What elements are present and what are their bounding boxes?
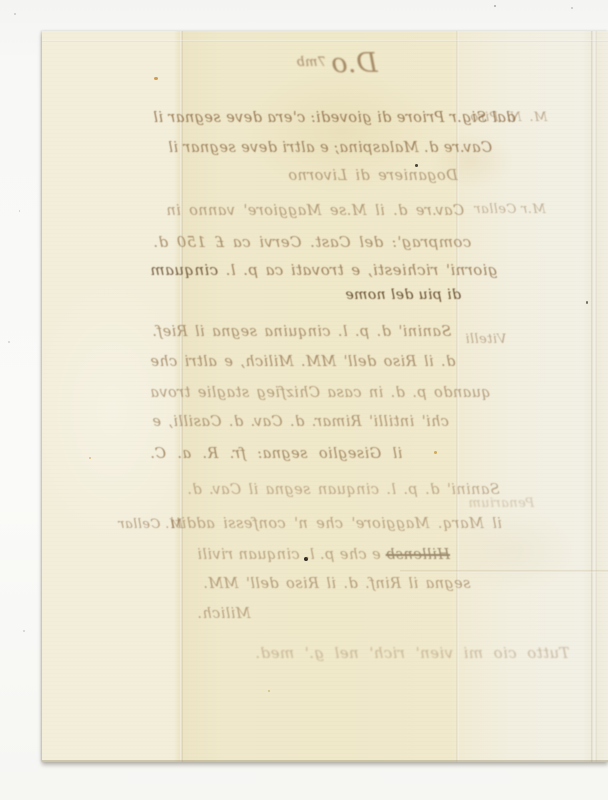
handwriting-line: Cav.re d. Malaspina; e altri deve segnar… bbox=[168, 140, 492, 156]
header-superscript: 7mb bbox=[296, 55, 326, 70]
scan-speck bbox=[571, 7, 573, 9]
ink-blemish bbox=[89, 457, 91, 459]
dark-ink-word: cinquam bbox=[150, 261, 218, 279]
handwriting-line: d. il Riso dell' MM. Milich, e altri che bbox=[150, 354, 455, 370]
handwriting-line: il Marq. Maggiore' che n' confessi addit… bbox=[170, 516, 502, 532]
handwriting-line: chi' intilli' Rimar. d. Cav. d. Casilli,… bbox=[152, 414, 449, 430]
margin-note: M.r Cellar bbox=[474, 202, 546, 217]
handwriting-line: segna il Rinf. d. il Riso dell' MM. bbox=[203, 576, 471, 592]
line-text: e che p. l. cinquan rivili bbox=[197, 547, 381, 563]
handwriting-line: il Giseglio segna: fr. R. a. C. bbox=[150, 446, 402, 462]
dark-speck bbox=[586, 301, 588, 304]
header-flourish: D.o bbox=[331, 48, 378, 79]
line-text: giorni' richiesti, e trovati ca p. l. bbox=[225, 261, 497, 279]
handwriting-line: di piu del nome bbox=[345, 287, 461, 303]
handwriting-line: dal Sig.r Priore di giovedi: c'era deve … bbox=[153, 110, 516, 126]
fold-crease-horizontal bbox=[400, 570, 608, 573]
handwriting-header: D.o 7mb bbox=[296, 50, 378, 77]
handwriting-line: Hillensb e che p. l. cinquan rivili bbox=[197, 547, 450, 563]
paper-top-edge-crease bbox=[42, 40, 608, 42]
margin-note: M. N. Piro bbox=[470, 110, 547, 125]
handwriting-line: Milich. bbox=[197, 606, 251, 622]
scan-speck bbox=[23, 630, 25, 632]
fold-crease-vertical-right bbox=[591, 31, 597, 762]
handwriting-line: Cav.re d. il M.se Maggiore' vanno in bbox=[166, 203, 464, 219]
paper-bottom-edge bbox=[42, 760, 608, 762]
scan-speck bbox=[8, 341, 10, 343]
margin-note: Penarium bbox=[468, 496, 534, 511]
ink-blemish bbox=[154, 77, 158, 80]
scan-speck bbox=[494, 5, 496, 7]
handwriting-line: quando p. d. in casa Chizfieg staglie tr… bbox=[150, 385, 491, 401]
ink-blemish bbox=[268, 690, 270, 692]
margin-note: Vitelli bbox=[465, 332, 507, 347]
handwriting-line: Doganiere di Livorno bbox=[288, 168, 458, 184]
handwriting-line: Sanini' d. p. l. cinquina segna il Rief. bbox=[152, 324, 451, 340]
scan-speck bbox=[14, 13, 16, 15]
handwriting-line: giorni' richiesti, e trovati ca p. l. ci… bbox=[150, 261, 497, 279]
closing-line: Tutto cio mi vien' rich' nel g.' med. bbox=[255, 644, 570, 662]
handwriting-line: comprag': del Cast. Cervi ca £ 150 d. bbox=[153, 233, 471, 251]
dark-speck bbox=[415, 164, 418, 167]
manuscript-scan: { "scan": { "description": "Scanned page… bbox=[0, 0, 608, 800]
margin-note: M. Cellar bbox=[118, 517, 183, 532]
scan-speck bbox=[19, 210, 20, 212]
struck-through-word: Hillensb bbox=[386, 547, 450, 563]
ink-blemish bbox=[434, 451, 437, 454]
handwriting-line: Sanini' d. p. l. cinquan segna il Cav. d… bbox=[187, 482, 500, 498]
